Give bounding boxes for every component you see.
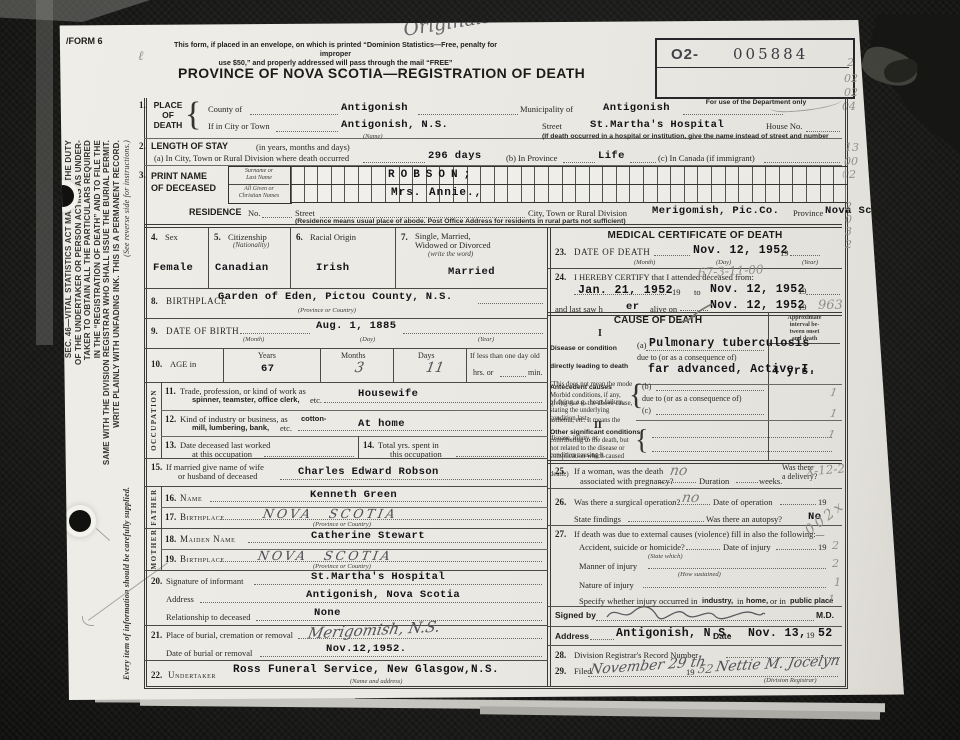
pencil-number: 02: [844, 72, 858, 85]
handwritten-originals: Originals: [402, 5, 493, 41]
leader: [643, 587, 826, 588]
leader: [250, 114, 338, 115]
med-date-yr2: 52: [818, 627, 833, 640]
rule: [144, 486, 548, 487]
s12-bold: cotton-: [301, 414, 326, 423]
s3-prov-label: Province: [793, 208, 823, 218]
s3-residence-note: (Residence means usual place of abode. P…: [295, 218, 626, 225]
pencil-number: 2: [847, 56, 854, 69]
leader: [563, 162, 595, 163]
leader: [776, 549, 816, 550]
father-vertical-label: FATHER: [147, 486, 161, 528]
other-text: contributing to the death, but not relat…: [550, 437, 638, 460]
s1-name-note: (Name): [363, 133, 383, 140]
leader: [806, 294, 840, 295]
s12-etc: etc.: [280, 423, 292, 433]
rule: [290, 228, 291, 288]
cause-c-label: (c): [642, 406, 651, 415]
s3-city-label: City, Town or Rural Division: [528, 208, 627, 218]
pencil-number: 1: [834, 576, 841, 589]
cause-a-value: Pulmonary tuberculosis: [649, 337, 810, 350]
s12-line2: mill, lumbering, bank,: [192, 423, 269, 432]
serial-box-midline: [657, 67, 849, 68]
pencil-number: 2: [832, 557, 839, 570]
s6-label: Racial Origin: [310, 232, 356, 242]
s1-muni-label: Municipality of: [520, 104, 573, 114]
s2-num: 2.: [139, 141, 146, 151]
form-title: PROVINCE OF NOVA SCOTIA—REGISTRATION OF …: [178, 65, 585, 81]
rule: [223, 348, 224, 382]
md-label: M.D.: [816, 610, 834, 620]
s3-given-value: Mrs. Annie.,: [391, 187, 482, 199]
leader: [646, 350, 764, 351]
leader: [658, 482, 696, 483]
leader: [403, 333, 543, 334]
interval-a-value: 4 yrs.: [772, 365, 816, 378]
s27-yr: 19: [818, 542, 827, 552]
s20-label: Signature of informant: [166, 576, 243, 586]
s8-value: Garden of Eden, Pictou County, N.S.: [218, 291, 453, 303]
s11-line2: spinner, teamster, office clerk,: [192, 395, 300, 404]
leader: [648, 568, 826, 569]
pencil-mark: ℓ: [138, 48, 143, 64]
leader: [280, 479, 542, 480]
s25-line2: associated with pregnancy?: [580, 476, 673, 486]
s2-sub: (in years, months and days): [256, 142, 350, 152]
cause-ii-brace: {: [635, 425, 648, 457]
s22-value: Ross Funeral Service, New Glasgow,N.S.: [233, 664, 499, 676]
s7-label: Single, Married, Widowed or Divorced: [415, 232, 491, 250]
s1-county-label: County of: [208, 104, 242, 114]
s2-label: LENGTH OF STAY: [151, 141, 228, 151]
rule: [144, 318, 548, 319]
s25-line1: If a woman, was the death: [574, 466, 663, 476]
rule: [358, 436, 359, 458]
s2-a-value: 296 days: [428, 150, 482, 162]
s1-county-value: Antigonish: [341, 102, 408, 114]
s15-num: 15.: [151, 462, 162, 472]
s3-prov-value: Nova Scotia: [825, 205, 899, 217]
s11-value: Housewife: [358, 388, 418, 400]
s29-yr-hw: 52: [697, 662, 715, 676]
s3-city-value: Merigomish, Pic.Co.: [652, 205, 779, 217]
s20-addr-label: Address: [166, 594, 194, 604]
leader: [790, 255, 820, 256]
rule: [548, 645, 842, 646]
cause-due1: due to (or as a consequence of): [637, 353, 737, 362]
s21-date-value: Nov.12,1952.: [326, 643, 406, 655]
s18-num: 18.: [165, 534, 176, 544]
s25-num: 25.: [555, 466, 566, 476]
s10-days-label: Days: [418, 351, 434, 360]
s20-rel-label: Relationship to deceased: [166, 612, 251, 622]
registrar-note: (Division Registrar): [764, 677, 817, 684]
rule: [548, 525, 842, 526]
leader: [456, 456, 544, 457]
leader: [596, 620, 814, 621]
s7-value: Married: [448, 266, 495, 278]
s19-note: (Province or Country): [313, 563, 371, 570]
s8-num: 8.: [151, 296, 158, 306]
leader: [780, 504, 816, 505]
s4-value: Female: [153, 262, 193, 274]
s3-surname-comb: [290, 166, 848, 185]
s10-days-value: 11: [425, 360, 446, 376]
other-bold: Other significant conditions: [550, 429, 640, 436]
s3-num: 3.: [139, 170, 146, 180]
s22-num: 22.: [151, 670, 162, 680]
s23-year-note: (Year): [802, 259, 818, 266]
leader: [574, 294, 666, 295]
leader: [590, 639, 614, 640]
s11-etc: etc.: [310, 395, 322, 405]
leader: [672, 504, 710, 505]
signed-label: Signed: [555, 610, 583, 620]
s26-num: 26.: [555, 497, 566, 507]
s26-autopsy: Was there an autopsy?: [706, 514, 782, 524]
s2-b-value: Life: [598, 150, 625, 162]
s24-to: Nov. 12, 1952: [710, 283, 805, 296]
punch-hole: [52, 185, 74, 207]
med-date-value: Nov. 13,: [748, 627, 806, 640]
leader: [264, 456, 354, 457]
s3-residence-label: RESIDENCE: [189, 207, 242, 217]
s13-num: 13.: [165, 440, 176, 450]
sidebar-line: SAME WITH THE DIVISION REGISTRAR WHO SHA…: [102, 140, 112, 680]
form-code: /FORM 6: [66, 36, 103, 46]
s18-label: Maiden Name: [180, 534, 235, 544]
form-paper: /FORM 6 ℓ This form, if placed in an env…: [58, 20, 904, 700]
s25-weeks: weeks.: [759, 476, 782, 486]
s23-month-note: (Month): [634, 259, 655, 266]
sidebar-line: OF THE UNDERTAKER OR PERSON ACTING AS UN…: [74, 140, 84, 680]
s26-opdate: Date of operation: [713, 497, 772, 507]
s10-years-label: Years: [258, 351, 276, 360]
s1-house-label: House No.: [766, 121, 802, 131]
pencil-number: 3: [845, 225, 852, 238]
sidebar-supplied-note: Every item of information should be care…: [122, 487, 131, 680]
sidebar-line: TAKER TO OBTAIN ALL THE PARTICULARS REQU…: [83, 140, 93, 680]
leader: [628, 521, 704, 522]
s2-c-label: (c) In Canada (if immigrant): [658, 153, 755, 163]
serial-prefix: O2-: [671, 46, 699, 63]
rule: [144, 660, 548, 661]
leader: [298, 638, 542, 639]
leader: [260, 656, 542, 657]
s24-last-value: Nov. 12, 1952: [710, 299, 805, 312]
s20-num: 20.: [151, 576, 162, 586]
rule: [548, 268, 842, 269]
mail-note: This form, if placed in an envelope, on …: [163, 40, 508, 67]
medical-header: MEDICAL CERTIFICATE OF DEATH: [548, 230, 842, 241]
s9-label: DATE OF BIRTH: [166, 326, 239, 336]
s10-label: AGE in: [170, 359, 196, 369]
s15-line2: or husband of deceased: [178, 471, 258, 481]
s23-label: DATE OF DEATH: [574, 247, 650, 257]
leader: [248, 542, 542, 543]
punch-hole: [69, 510, 91, 532]
s10-months-label: Months: [341, 351, 365, 360]
s1-hospital-note: (If death occurred in a hospital or inst…: [542, 133, 829, 140]
s3-label: PRINT NAME OF DECEASED: [151, 170, 229, 194]
s5-value: Canadian: [215, 262, 269, 274]
s27-spec-b3: public place: [790, 596, 833, 605]
leader: [298, 430, 542, 431]
s24-yr3: 19: [798, 302, 807, 312]
s9-value: Aug. 1, 1885: [316, 320, 396, 332]
s20-value: St.Martha's Hospital: [311, 571, 445, 583]
rule: [395, 228, 396, 288]
s19-label: Birthplace: [180, 554, 225, 564]
s24-from: Jan. 21, 1952: [578, 284, 673, 297]
leader: [736, 482, 758, 483]
s18-value: Catherine Stewart: [311, 530, 425, 542]
s27-nature: Nature of injury: [579, 580, 634, 590]
leader: [683, 114, 783, 115]
s9-year-note: (Year): [478, 336, 494, 343]
s27-label: If death was due to external causes (vio…: [574, 529, 824, 539]
signed-by-label: by: [586, 610, 596, 620]
s1-num: 1.: [139, 100, 146, 110]
s24-yr1: 19: [672, 287, 681, 297]
serial-number: 005884: [733, 45, 808, 63]
s27-state-note: (State which): [648, 553, 682, 560]
s21-label: Place of burial, cremation or removal: [166, 630, 293, 640]
s1-city-label: If in City or Town: [208, 121, 270, 131]
s27-how-note: (How sustained): [678, 571, 721, 578]
leader: [220, 561, 542, 562]
rule: [229, 184, 289, 185]
leader: [656, 414, 764, 415]
s7-num: 7.: [401, 232, 408, 242]
pencil-number: 2: [845, 200, 852, 213]
s7-sub: (write the word): [428, 250, 473, 258]
rule: [393, 348, 394, 382]
s5-num: 5.: [214, 232, 221, 242]
s23-value: Nov. 12, 1952: [693, 244, 788, 257]
mail-note-line1: This form, if placed in an envelope, on …: [163, 40, 508, 58]
s12-num: 12.: [165, 414, 176, 424]
leader: [764, 162, 840, 163]
s20-rel-value: None: [314, 607, 341, 619]
antecedent-bold: Antecedent causes: [550, 384, 612, 391]
s1-street-label: Street: [542, 121, 562, 131]
pencil-number: 13: [845, 141, 859, 154]
s3-surname-label: Surname or Last Name: [230, 168, 288, 182]
s21-num: 21.: [151, 630, 162, 640]
leader: [262, 217, 292, 218]
s12-value: At home: [358, 418, 405, 430]
s27-doi: Date of injury: [723, 542, 771, 552]
rule: [636, 384, 842, 385]
leader: [652, 437, 832, 438]
s16-value: Kenneth Green: [310, 489, 397, 501]
s9-day-note: (Day): [360, 336, 375, 343]
s4-label: Sex: [165, 232, 178, 242]
s6-value: Irish: [316, 262, 350, 274]
s10-less-label: If less than one day old: [470, 351, 540, 360]
s1-muni-value: Antigonish: [603, 102, 670, 114]
s3-no-label: No.: [248, 208, 261, 218]
cause-due2: due to (or as a consequence of): [642, 394, 742, 403]
s2-b-label: (b) In Province: [506, 153, 557, 163]
pencil-number: 2: [845, 238, 852, 251]
s10-years-value: 67: [261, 363, 274, 375]
s10-hrs-label: hrs. or: [473, 368, 493, 377]
rule: [144, 288, 548, 289]
leader: [240, 333, 310, 334]
checkmark-pencil: [676, 301, 716, 325]
page-edge-sliver-left: [36, 0, 53, 345]
sidebar-line: IN THE “REGISTRATION OF DEATH” AND TO FI…: [93, 140, 103, 680]
rule: [144, 348, 548, 349]
s22-label: Undertaker: [168, 670, 216, 680]
cause-a-label: (a): [637, 340, 646, 350]
s23-yr: 19: [780, 248, 789, 258]
s25-duration: Duration: [699, 476, 729, 486]
s15-value: Charles Edward Robson: [298, 466, 439, 478]
s3-surname-value: ROBSON;: [388, 169, 476, 181]
s19-num: 19.: [165, 554, 176, 564]
s28-num: 28.: [555, 650, 566, 660]
mother-vertical-label: MOTHER: [147, 528, 161, 570]
rule: [208, 228, 209, 288]
s26-yr: 19: [818, 497, 827, 507]
rule: [161, 436, 548, 437]
rule: [636, 420, 842, 421]
s17-label: Birthplace: [180, 512, 225, 522]
s20-addr-value: Antigonish, Nova Scotia: [306, 589, 460, 601]
leader: [220, 519, 542, 520]
cause-expl1-bold: Disease or condition directly leading to…: [550, 345, 628, 370]
leader: [254, 584, 542, 585]
s9-month-note: (Month): [243, 336, 264, 343]
s3-given-label: All Given or Christian Names: [230, 186, 288, 200]
sidebar-line: SEC. 46—VITAL STATISTICS ACT MAKES IT TH…: [64, 140, 74, 680]
s1-city-value: Antigonish, N.S.: [341, 119, 448, 131]
rule: [548, 488, 842, 489]
s17-note: (Province or Country): [313, 521, 371, 528]
med-addr-label: Address: [555, 631, 589, 641]
pencil-963: 963: [818, 298, 843, 313]
s16-num: 16.: [165, 493, 176, 503]
page-edge-wedge-topleft: [0, 0, 150, 22]
leader: [276, 131, 338, 132]
s26-label: Was there a surgical operation?: [574, 497, 680, 507]
med-date-label: Date: [713, 631, 731, 641]
s27-manner: Manner of injury: [579, 561, 637, 571]
leader: [210, 501, 542, 502]
s24-num: 24.: [555, 272, 566, 282]
sidebar-reverse-note: (See reverse side for instructions.): [122, 140, 131, 257]
s26-findings: State findings: [574, 514, 621, 524]
s3-given-comb: [290, 184, 848, 203]
s1-label: PLACE OF DEATH: [150, 100, 186, 130]
s1-street-value: St.Martha's Hospital: [590, 119, 724, 131]
rule: [320, 348, 321, 382]
rule: [144, 458, 548, 459]
s1-brace: {: [185, 96, 201, 134]
leader: [363, 162, 425, 163]
s24-to-label: to: [694, 287, 701, 297]
s10-num: 10.: [151, 359, 162, 369]
s23-num: 23.: [555, 247, 566, 257]
s22-note: (Name and address): [350, 678, 402, 685]
s2-a-label: (a) In City, Town or Rural Division wher…: [154, 153, 349, 163]
s27-spec3: or in: [770, 596, 786, 606]
rule: [144, 528, 548, 529]
rule: [161, 410, 548, 411]
leader: [806, 131, 840, 132]
s27-acc: Accident, suicide or homicide?: [579, 542, 685, 552]
scanned-death-registration: /FORM 6 ℓ This form, if placed in an env…: [0, 0, 960, 740]
pencil-number: 1: [828, 593, 835, 606]
leader: [654, 255, 690, 256]
occupation-vertical-label: OCCUPATION: [147, 382, 161, 458]
s6-num: 6.: [296, 232, 303, 242]
rule: [144, 382, 548, 383]
leader: [630, 162, 656, 163]
s14-num: 14.: [363, 440, 374, 450]
s10-min-label: min.: [528, 368, 542, 377]
s17-num: 17.: [165, 512, 176, 522]
leader: [656, 390, 764, 391]
cause-b-label: (b): [642, 382, 651, 391]
rule: [466, 348, 467, 382]
leader: [478, 303, 543, 304]
leader: [500, 376, 526, 377]
cause-header: CAUSE OF DEATH: [558, 315, 758, 326]
pencil-number: 2: [832, 539, 839, 552]
s29-num: 29.: [555, 666, 566, 676]
s11-num: 11.: [165, 386, 176, 396]
s3-street-label: Street: [295, 208, 315, 218]
s27-num: 27.: [555, 529, 566, 539]
rule: [161, 382, 162, 458]
s9-num: 9.: [151, 326, 158, 336]
s21-date-label: Date of burial or removal: [166, 648, 252, 658]
leader: [200, 602, 542, 603]
med-date-yr: 19: [806, 630, 815, 640]
s16-label: Name: [180, 493, 202, 503]
leader: [324, 402, 542, 403]
s8-note: (Province or Country): [298, 307, 356, 314]
s5-sub: (Nationality): [233, 241, 269, 249]
s4-num: 4.: [151, 232, 158, 242]
leader: [418, 114, 518, 115]
leader: [686, 549, 720, 550]
sidebar-legal-text: SEC. 46—VITAL STATISTICS ACT MAKES IT TH…: [64, 140, 136, 680]
antecedent-text: Morbid conditions, if any, giving rise t…: [550, 392, 636, 422]
s25-hw-no: no: [669, 463, 689, 479]
leader: [652, 451, 832, 452]
